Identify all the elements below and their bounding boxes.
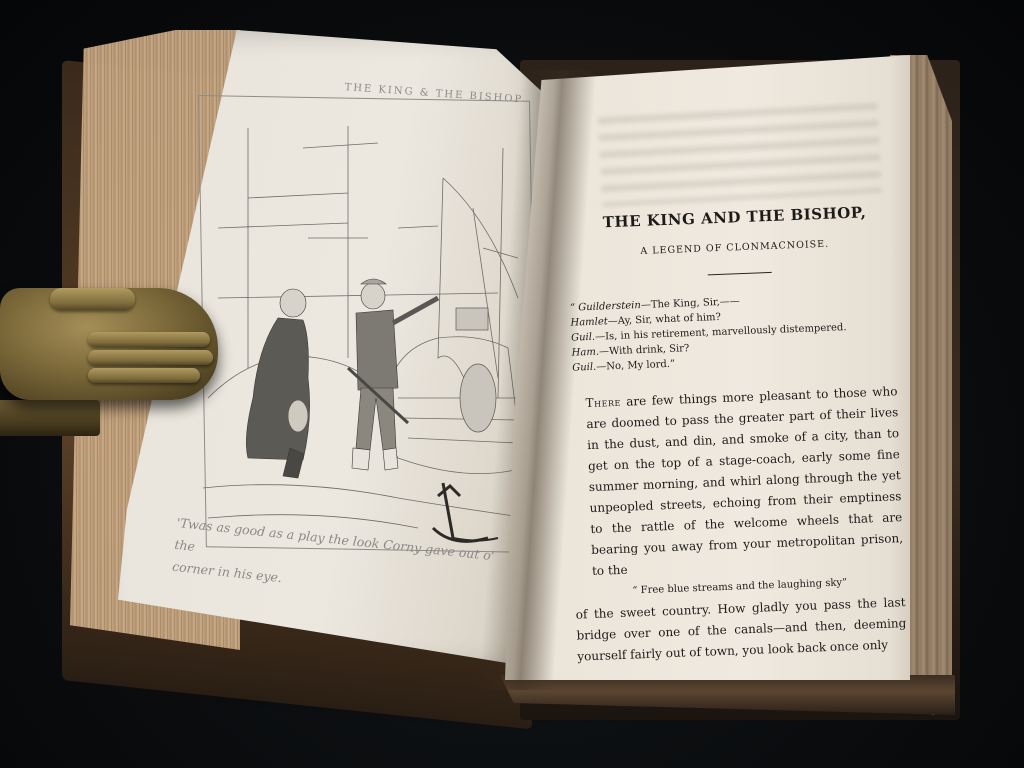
show-through-text <box>598 103 882 208</box>
brass-finger <box>88 368 200 383</box>
epigraph-speaker: Hamlet <box>570 316 608 328</box>
chapter-title: THE KING AND THE BISHOP, <box>578 202 890 232</box>
paragraph-part-1: There are few things more pleasant to th… <box>567 381 904 583</box>
chapter-subtitle: A LEGEND OF CLONMACNOISE. <box>578 236 892 259</box>
body-paragraph: There are few things more pleasant to th… <box>567 381 907 667</box>
epigraph-speaker: Guil. <box>572 362 596 374</box>
drop-word: There <box>585 395 621 410</box>
paragraph-text: are few things more pleasant to those wh… <box>586 384 903 578</box>
epigraph-text: —No, My lord.” <box>596 359 675 373</box>
epigraph-speaker: “ Guilderstein <box>570 300 641 314</box>
brass-hand-base <box>0 400 100 436</box>
brass-thumb <box>50 288 135 310</box>
epigraph-text: —The King, Sir,—— <box>641 296 740 311</box>
brass-finger <box>88 332 210 347</box>
epigraph-speaker: Ham. <box>571 347 599 359</box>
engraving-illustration-icon <box>198 98 528 548</box>
brass-finger <box>88 350 213 365</box>
epigraph: “ Guilderstein—The King, Sir,—— Hamlet—A… <box>570 288 897 375</box>
paragraph-part-2: of the sweet country. How gladly you pas… <box>575 592 907 668</box>
title-rule <box>708 272 772 275</box>
brass-hand-icon <box>0 288 218 400</box>
epigraph-text: —With drink, Sir? <box>599 343 690 357</box>
right-page-text: THE KING AND THE BISHOP, A LEGEND OF CLO… <box>560 192 908 667</box>
epigraph-speaker: Guil. <box>571 332 595 344</box>
photo-scene: THE KING & THE BISHOP <box>0 0 1024 768</box>
